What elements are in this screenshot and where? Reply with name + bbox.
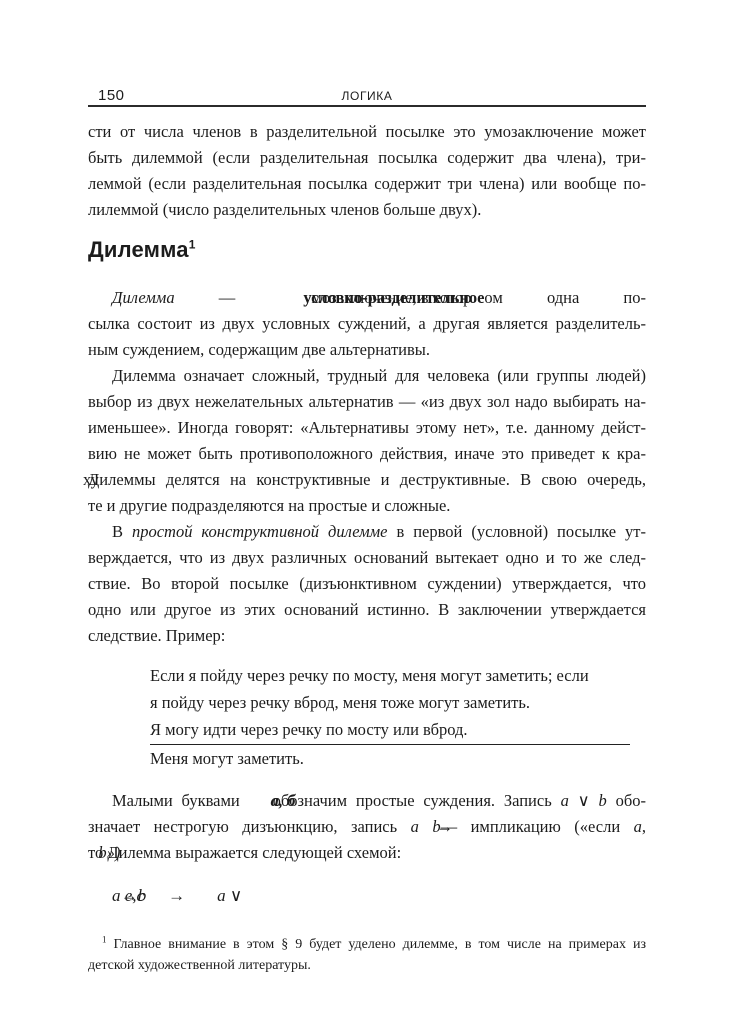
text-line: Дилемма означает сложный, трудный для че…	[88, 363, 646, 389]
scanned-book-page: 150 ЛОГИКА сти от числа членов в раздели…	[0, 0, 734, 1024]
text-line: те и другие подразделяются на простые и …	[88, 493, 646, 519]
var-a: a	[561, 791, 569, 810]
text-line: быть дилеммой (если разделительная посыл…	[88, 145, 646, 171]
term-italic: Дилемма	[112, 288, 175, 307]
running-header: 150 ЛОГИКА	[88, 86, 646, 107]
text-line: сылка состоит из двух условных суждений,…	[88, 311, 646, 337]
text-line: следствие. Пример:	[88, 623, 646, 649]
text-line: ным суждением, содержащим две альтернати…	[88, 337, 646, 363]
arrow-ghost: →	[436, 814, 453, 840]
text-line: Малыми буквами обоа, бзначим простые суж…	[88, 788, 646, 814]
example-block: Если я пойду через речку по мосту, меня …	[150, 662, 646, 772]
example-underlined-line: Я могу идти через речку по мосту или вбр…	[150, 716, 646, 745]
line-tail: обо-	[607, 791, 646, 810]
line-mid: — импликацию («если	[441, 817, 634, 836]
example-conclusion: Меня могут заметить.	[150, 745, 646, 772]
footnote-line: детской художественной литературы.	[88, 955, 646, 976]
line-pre: Малыми буквами	[112, 791, 249, 810]
vee-symbol: ∨	[226, 886, 243, 905]
var-b: b	[599, 791, 607, 810]
text-line: ствие. Во второй посылке (дизъюнктивном …	[88, 571, 646, 597]
notation-paragraph: Малыми буквами обоа, бзначим простые суж…	[88, 788, 646, 866]
footnote: 1 Главное внимание в этом § 9 будет удел…	[88, 934, 646, 976]
line-mid: значим простые суждения. Запись	[297, 791, 560, 810]
overlapped-print-artifact: b→	[432, 814, 440, 840]
dash: —	[175, 288, 280, 307]
text-line: одно или другое из этих оснований истинн…	[88, 597, 646, 623]
overlapped-print-artifact: Дху	[88, 467, 99, 493]
formula-line: a e→b,c→a ∨	[112, 884, 646, 908]
text-line: то Дb»)илемма выражается следующей схемо…	[88, 840, 646, 866]
line-tail: в первой (условной) посылке ут-	[388, 522, 647, 541]
text-line: Дилемма — условно-разделительноеумозаклю…	[88, 285, 646, 311]
footnote-text: Главное внимание в этом § 9 будет уделен…	[114, 937, 646, 952]
example-premise-line: я пойду через речку вброд, меня тоже мог…	[150, 689, 646, 716]
meaning-paragraph: Дилемма означает сложный, трудный для че…	[88, 363, 646, 519]
var-a: a	[411, 817, 433, 836]
term-italic: простой конструктивной дилемме	[132, 522, 388, 541]
line-tail: ом одна по-	[484, 288, 646, 307]
line-tail: илемма выражается следующей схемой:	[119, 843, 402, 862]
example-premise-line: Если я пойду через речку по мосту, меня …	[150, 662, 646, 689]
simple-dilemma-paragraph: В простой конструктивной дилемме в перво…	[88, 519, 646, 649]
text-line: верждается, что из двух различных основа…	[88, 545, 646, 571]
intro-paragraph: сти от числа членов в разделительной пос…	[88, 119, 646, 223]
ghost-layer: ху	[83, 467, 99, 493]
heading-footnote-ref: 1	[189, 238, 196, 252]
definition-paragraph: Дилемма — условно-разделительноеумозаклю…	[88, 285, 646, 363]
text-line: сти от числа членов в разделительной пос…	[88, 119, 646, 145]
overlapped-print-artifact: e→b	[125, 884, 133, 908]
arrow-b-ghost: →b	[121, 884, 147, 908]
text-line: значает нестрогую дизъюнкцию, запись a b…	[88, 814, 646, 840]
underline-rule: Я могу идти через речку по мосту или вбр…	[150, 716, 630, 745]
overlapped-print-artifact: обоа, б	[249, 788, 298, 814]
text-line: выбор из двух нежелательных альтернатив …	[88, 389, 646, 415]
section-heading: Дилемма1	[88, 237, 646, 263]
overlapped-print-artifact: Дb»)	[107, 840, 118, 866]
formula-var-a2: a	[217, 886, 226, 905]
text-line: В простой конструктивной дилемме в перво…	[88, 519, 646, 545]
ghost-layer: b»)	[98, 840, 120, 866]
var-a: a	[634, 817, 642, 836]
vee-symbol: ∨	[569, 791, 599, 810]
arrow-symbol: →	[168, 886, 185, 905]
section-heading-text: Дилемма	[88, 237, 189, 262]
footnote-line: 1 Главное внимание в этом § 9 будет удел…	[88, 934, 646, 955]
text-block: 150 ЛОГИКА сти от числа членов в раздели…	[88, 86, 646, 976]
line-pre: значает нестрогую дизъюнкцию, запись	[88, 817, 411, 836]
text-line: именьшее». Иногда говорят: «Альтернативы…	[88, 415, 646, 441]
line-pre: В	[112, 522, 132, 541]
comma: ,	[642, 817, 646, 836]
text-line: вию не может быть противоположного дейст…	[88, 441, 646, 467]
footnote-marker: 1	[102, 934, 107, 944]
text-line: леммой (если разделительная посылка соде…	[88, 171, 646, 197]
overlapped-print-artifact: условно-разделительноеумозаключение, в к…	[279, 285, 484, 311]
running-title: ЛОГИКА	[88, 89, 646, 103]
ghost-layer: умозаключение, в котор	[279, 285, 471, 311]
text-line: Дхуилеммы делятся на конструктивные и де…	[88, 467, 646, 493]
line-tail: илеммы делятся на конструктивные и дестр…	[99, 470, 646, 489]
text-line: лилеммой (число разделительных членов бо…	[88, 197, 646, 223]
ghost-layer: а, б	[247, 788, 296, 814]
